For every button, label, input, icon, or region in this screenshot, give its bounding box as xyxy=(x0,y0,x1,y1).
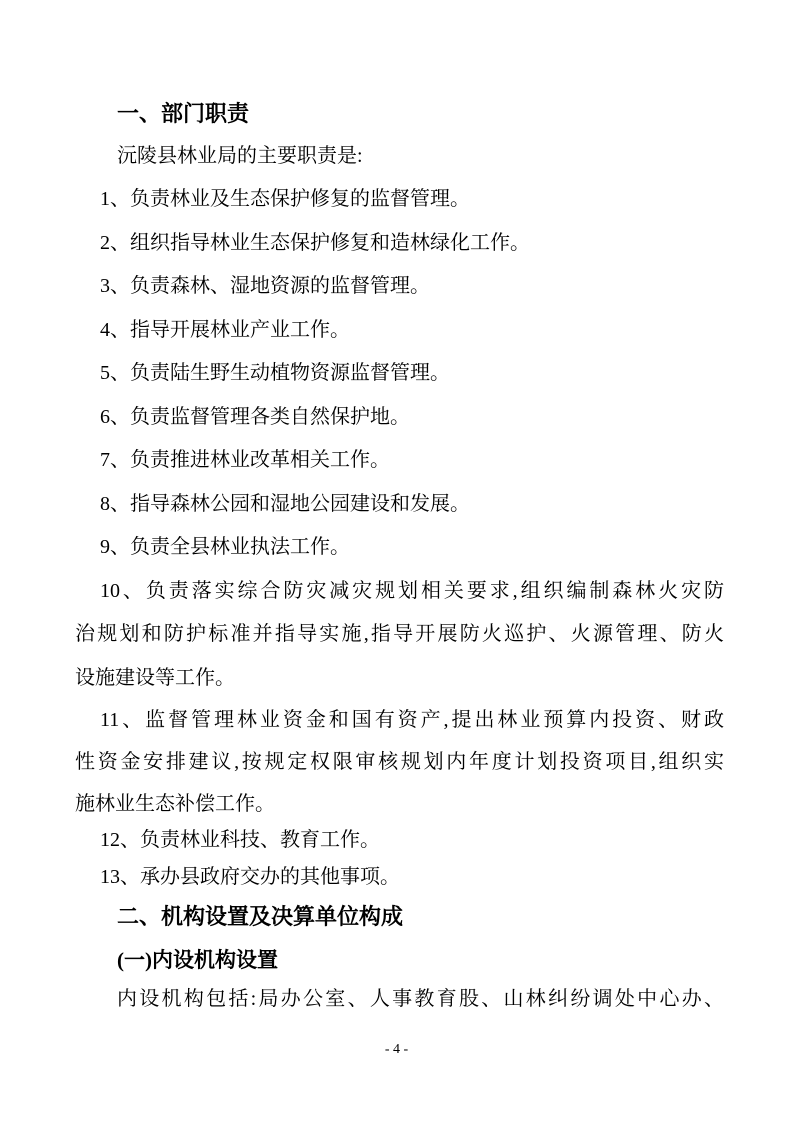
page-number: - 4 - xyxy=(0,1040,793,1060)
item-10-line-2: 治规划和防护标准并指导实施,指导开展防火巡护、火源管理、防火 xyxy=(75,620,724,648)
item-7: 7、负责推进林业改革相关工作。 xyxy=(75,446,724,474)
section2-paragraph-line-1: 内设机构包括:局办公室、人事教育股、山林纠纷调处中心办、 xyxy=(75,985,724,1013)
item-10-line-1: 10、负责落实综合防灾减灾规划相关要求,组织编制森林火灾防 xyxy=(75,577,724,605)
item-2: 2、组织指导林业生态保护修复和造林绿化工作。 xyxy=(75,229,724,257)
item-10-line-3: 设施建设等工作。 xyxy=(75,664,724,692)
section2-heading: 二、机构设置及决算单位构成 xyxy=(75,902,724,932)
item-11-line-3: 施林业生态补偿工作。 xyxy=(75,790,724,818)
item-12: 12、负责林业科技、教育工作。 xyxy=(75,826,724,854)
item-11-line-2: 性资金安排建议,按规定权限审核规划内年度计划投资项目,组织实 xyxy=(75,748,724,776)
item-13: 13、承办县政府交办的其他事项。 xyxy=(75,863,724,891)
item-3: 3、负责森林、湿地资源的监督管理。 xyxy=(75,272,724,300)
document-page: 一、部门职责 沅陵县林业局的主要职责是: 1、负责林业及生态保护修复的监督管理。… xyxy=(0,0,793,1122)
item-9: 9、负责全县林业执法工作。 xyxy=(75,533,724,561)
section1-heading: 一、部门职责 xyxy=(75,99,724,129)
item-5: 5、负责陆生野生动植物资源监督管理。 xyxy=(75,359,724,387)
item-4: 4、指导开展林业产业工作。 xyxy=(75,316,724,344)
item-6: 6、负责监督管理各类自然保护地。 xyxy=(75,403,724,431)
item-8: 8、指导森林公园和湿地公园建设和发展。 xyxy=(75,490,724,518)
section2-sub-heading: (一)内设机构设置 xyxy=(75,945,724,975)
section1-intro: 沅陵县林业局的主要职责是: xyxy=(75,142,724,170)
item-11-line-1: 11、监督管理林业资金和国有资产,提出林业预算内投资、财政 xyxy=(75,706,724,734)
item-1: 1、负责林业及生态保护修复的监督管理。 xyxy=(75,185,724,213)
